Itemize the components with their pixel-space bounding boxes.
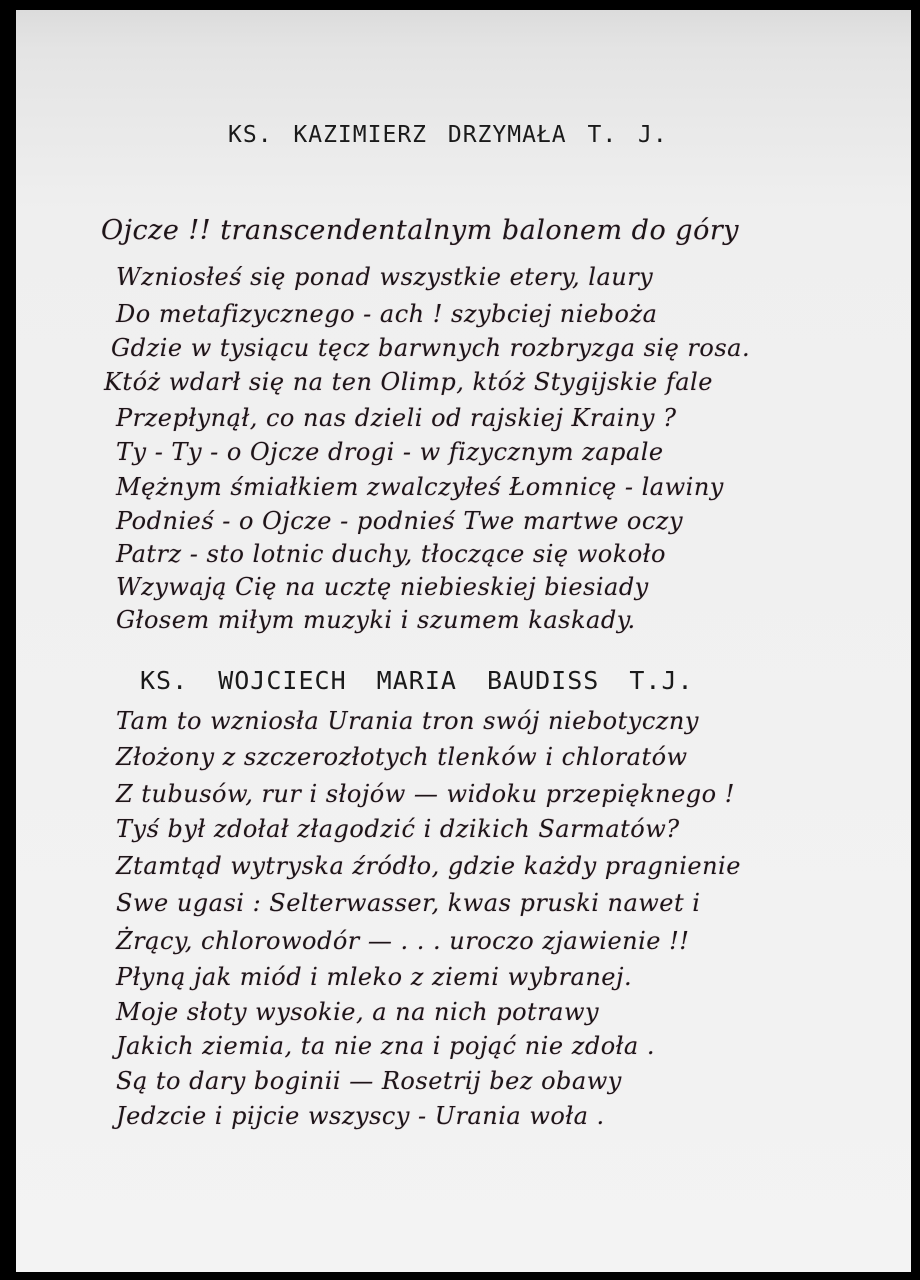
poem2-line: Z tubusów, rur i słojów — widoku przepię… — [116, 780, 735, 808]
poem1-line: Podnieś - o Ojcze - podnieś Twe martwe o… — [116, 507, 683, 535]
poem1-line: Do metafizycznego - ach ! szybciej niebo… — [116, 300, 657, 328]
poem1-line: Ty - Ty - o Ojcze drogi - w fizycznym za… — [116, 438, 664, 466]
poem2-line: Ztamtąd wytryska źródło, gdzie każdy pra… — [116, 852, 741, 880]
poem2-author-heading: KS. WOJCIECH MARIA BAUDISS T.J. — [140, 666, 694, 695]
poem2-line: Tyś był zdołał złagodzić i dzikich Sarma… — [116, 815, 680, 843]
poem1-line: Ojcze !! transcendentalnym balonem do gó… — [101, 215, 739, 246]
poem2-line: Jedzcie i pijcie wszyscy - Urania woła . — [116, 1102, 605, 1130]
poem1-author-heading: KS. KAZIMIERZ DRZYMAŁA T. J. — [228, 122, 668, 148]
poem1-line: Gdzie w tysiącu tęcz barwnych rozbryzga … — [111, 334, 750, 362]
poem2-line: Tam to wzniosła Urania tron swój nieboty… — [116, 707, 699, 735]
poem1-line: Mężnym śmiałkiem zwalczyłeś Łomnicę - la… — [116, 473, 724, 501]
poem2-line: Żrący, chlorowodór — . . . uroczo zjawie… — [116, 927, 689, 955]
poem2-line: Swe ugasi : Selterwasser, kwas pruski na… — [116, 889, 700, 917]
poem1-line: Głosem miłym muzyki i szumem kaskady. — [116, 606, 636, 634]
poem2-line: Jakich ziemia, ta nie zna i pojąć nie zd… — [116, 1032, 655, 1060]
poem2-line: Płyną jak miód i mleko z ziemi wybranej. — [116, 963, 632, 991]
poem1-line: Wzywają Cię na ucztę niebieskiej biesiad… — [116, 573, 649, 601]
poem1-line: Któż wdarł się na ten Olimp, któż Stygij… — [104, 368, 713, 396]
poem2-line: Złożony z szczerozłotych tlenków i chlor… — [116, 743, 688, 771]
poem2-line: Moje słoty wysokie, a na nich potrawy — [116, 998, 599, 1026]
poem1-line: Wzniosłeś się ponad wszystkie etery, lau… — [116, 263, 653, 291]
paper-sheet: KS. KAZIMIERZ DRZYMAŁA T. J. Ojcze !! tr… — [16, 10, 911, 1272]
poem1-line: Przepłynął, co nas dzieli od rajskiej Kr… — [116, 404, 676, 432]
poem1-line: Patrz - sto lotnic duchy, tłoczące się w… — [116, 540, 666, 568]
poem2-line: Są to dary boginii — Rosetrij bez obawy — [116, 1067, 622, 1095]
